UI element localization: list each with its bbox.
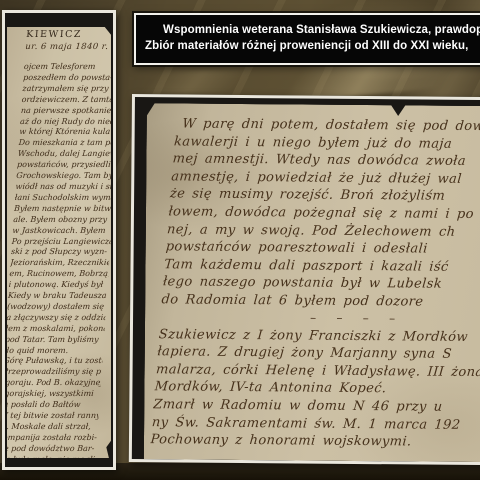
manuscript-line: (wodzowy) dostałem się pod <box>7 302 106 313</box>
manuscript-line: do Radomia lat 6 byłem pod dozore <box>161 291 480 312</box>
manuscript-line: nas było mało, nie mogli <box>7 455 96 458</box>
left-manuscript-text: KIEWICZ Λ ur. 6 maja 1840 r. ojcem Teles… <box>7 27 111 458</box>
manuscript-line: em, Rucinowem, Bobrzą, <box>9 269 109 280</box>
manuscript-line: Zmarł w Radomiu w domu N 46 przy u <box>153 396 480 417</box>
manuscript-line: Po przejściu Langiewicza <box>11 237 111 248</box>
manuscript-line: łani Suchodolskim wymarz. <box>14 193 111 204</box>
manuscript-header: KIEWICZ <box>26 29 83 41</box>
caption-line-1: Wspomnienia weterana Stanisława Szukiewi… <box>136 22 480 38</box>
manuscript-line: poszedłem do powsta- <box>23 73 111 84</box>
manuscript-line: W tej bitwie został ranny <box>7 411 99 422</box>
manuscript-line: się pod dowództwo Bar- <box>7 444 97 455</box>
right-manuscript-block-1: W parę dni potem, dostałem się pod dowód… <box>161 115 480 311</box>
manuscript-line: Kiedy w braku Tadeusza <box>7 291 107 302</box>
left-manuscript-paper: KIEWICZ Λ ur. 6 maja 1840 r. ojcem Teles… <box>7 27 111 458</box>
manuscript-line: m. Moskale dali strzał, <box>7 422 98 433</box>
caption-line-2: Zbiór materiałów różnej proweniencji od … <box>136 38 480 54</box>
right-manuscript-paper: W parę dni potem, dostałem się pod dowód… <box>144 103 480 462</box>
manuscript-line: kompanija została rozbi- <box>7 433 97 444</box>
manuscript-line: Przeprowadziliśmy się przez <box>7 367 102 378</box>
manuscript-line: Pochowany z honorami wojskowymi. <box>150 431 480 452</box>
manuscript-line: ordziewiczem. Z tamtąd wy- <box>21 95 111 106</box>
manuscript-line: w Jastkowicach. Byłem <box>12 226 111 237</box>
manuscript-date-line: ur. 6 maja 1840 r. <box>25 41 111 53</box>
manuscript-line: łem z moskalami, pokona- <box>7 324 105 335</box>
manuscript-line: do quid morem. <box>7 346 103 357</box>
manuscript-line: Grochowskiego. Tam byłem <box>16 171 111 182</box>
left-manuscript-photo: KIEWICZ Λ ur. 6 maja 1840 r. ojcem Teles… <box>2 10 116 470</box>
manuscript-line: powstańców, przysiedli <box>17 160 111 171</box>
manuscript-line: Jeziorańskim, Rzecznikiem, <box>10 258 110 269</box>
manuscript-line: aż do niej Rudy do niedz, <box>20 117 111 128</box>
manuscript-line: i plutonową. Kiedyś był <box>8 280 108 291</box>
manuscript-line: na pierwsze spotkanie <box>20 106 111 117</box>
manuscript-line: ta posłali do Bałtów <box>7 400 100 411</box>
manuscript-line: zatrzymałem się przy <box>22 84 111 95</box>
manuscript-line: wiódł nas od muzyki i stan <box>15 182 111 193</box>
manuscript-dash-separator: – – – – <box>310 311 480 326</box>
right-manuscript-text: W parę dni potem, dostałem się pod dowód… <box>144 103 480 452</box>
manuscript-line: tgoraju. Pod B. okazyjnej <box>7 378 101 389</box>
manuscript-line: w której Którenia kula <box>19 127 111 138</box>
manuscript-line: Byłem następnie w bitwie <box>14 204 111 215</box>
manuscript-line: Wschodu, dalej Langiewi- <box>17 149 111 160</box>
manuscript-line: Górę Puławską, i tu zosta- <box>7 356 103 367</box>
manuscript-line: pod Tatar. Tam byliśmy <box>7 335 104 346</box>
manuscript-header-row: KIEWICZ Λ <box>26 29 111 41</box>
left-manuscript-lines: ojcem Telesforemposzedłem do powsta-zatr… <box>7 62 111 458</box>
background-light-streak <box>140 70 250 94</box>
manuscript-line: ojcem Telesforem <box>24 62 111 73</box>
right-manuscript-block-2: Szukiewicz z I żony Franciszki z Mordków… <box>150 326 480 452</box>
manuscript-line: a złączywszy się z oddzia- <box>7 313 106 324</box>
caption-box: Wspomnienia weterana Stanisława Szukiewi… <box>134 13 480 65</box>
manuscript-line: Do mieszkania z tam po <box>18 138 111 149</box>
right-manuscript-photo: W parę dni potem, dostałem się pod dowód… <box>129 94 480 465</box>
manuscript-line: tgorajskiej, wszystkimi <box>7 389 100 400</box>
manuscript-line: ale. Byłem obozny przy <box>13 215 111 226</box>
manuscript-line: ski z pod Słupczy wyzn- <box>11 247 111 258</box>
